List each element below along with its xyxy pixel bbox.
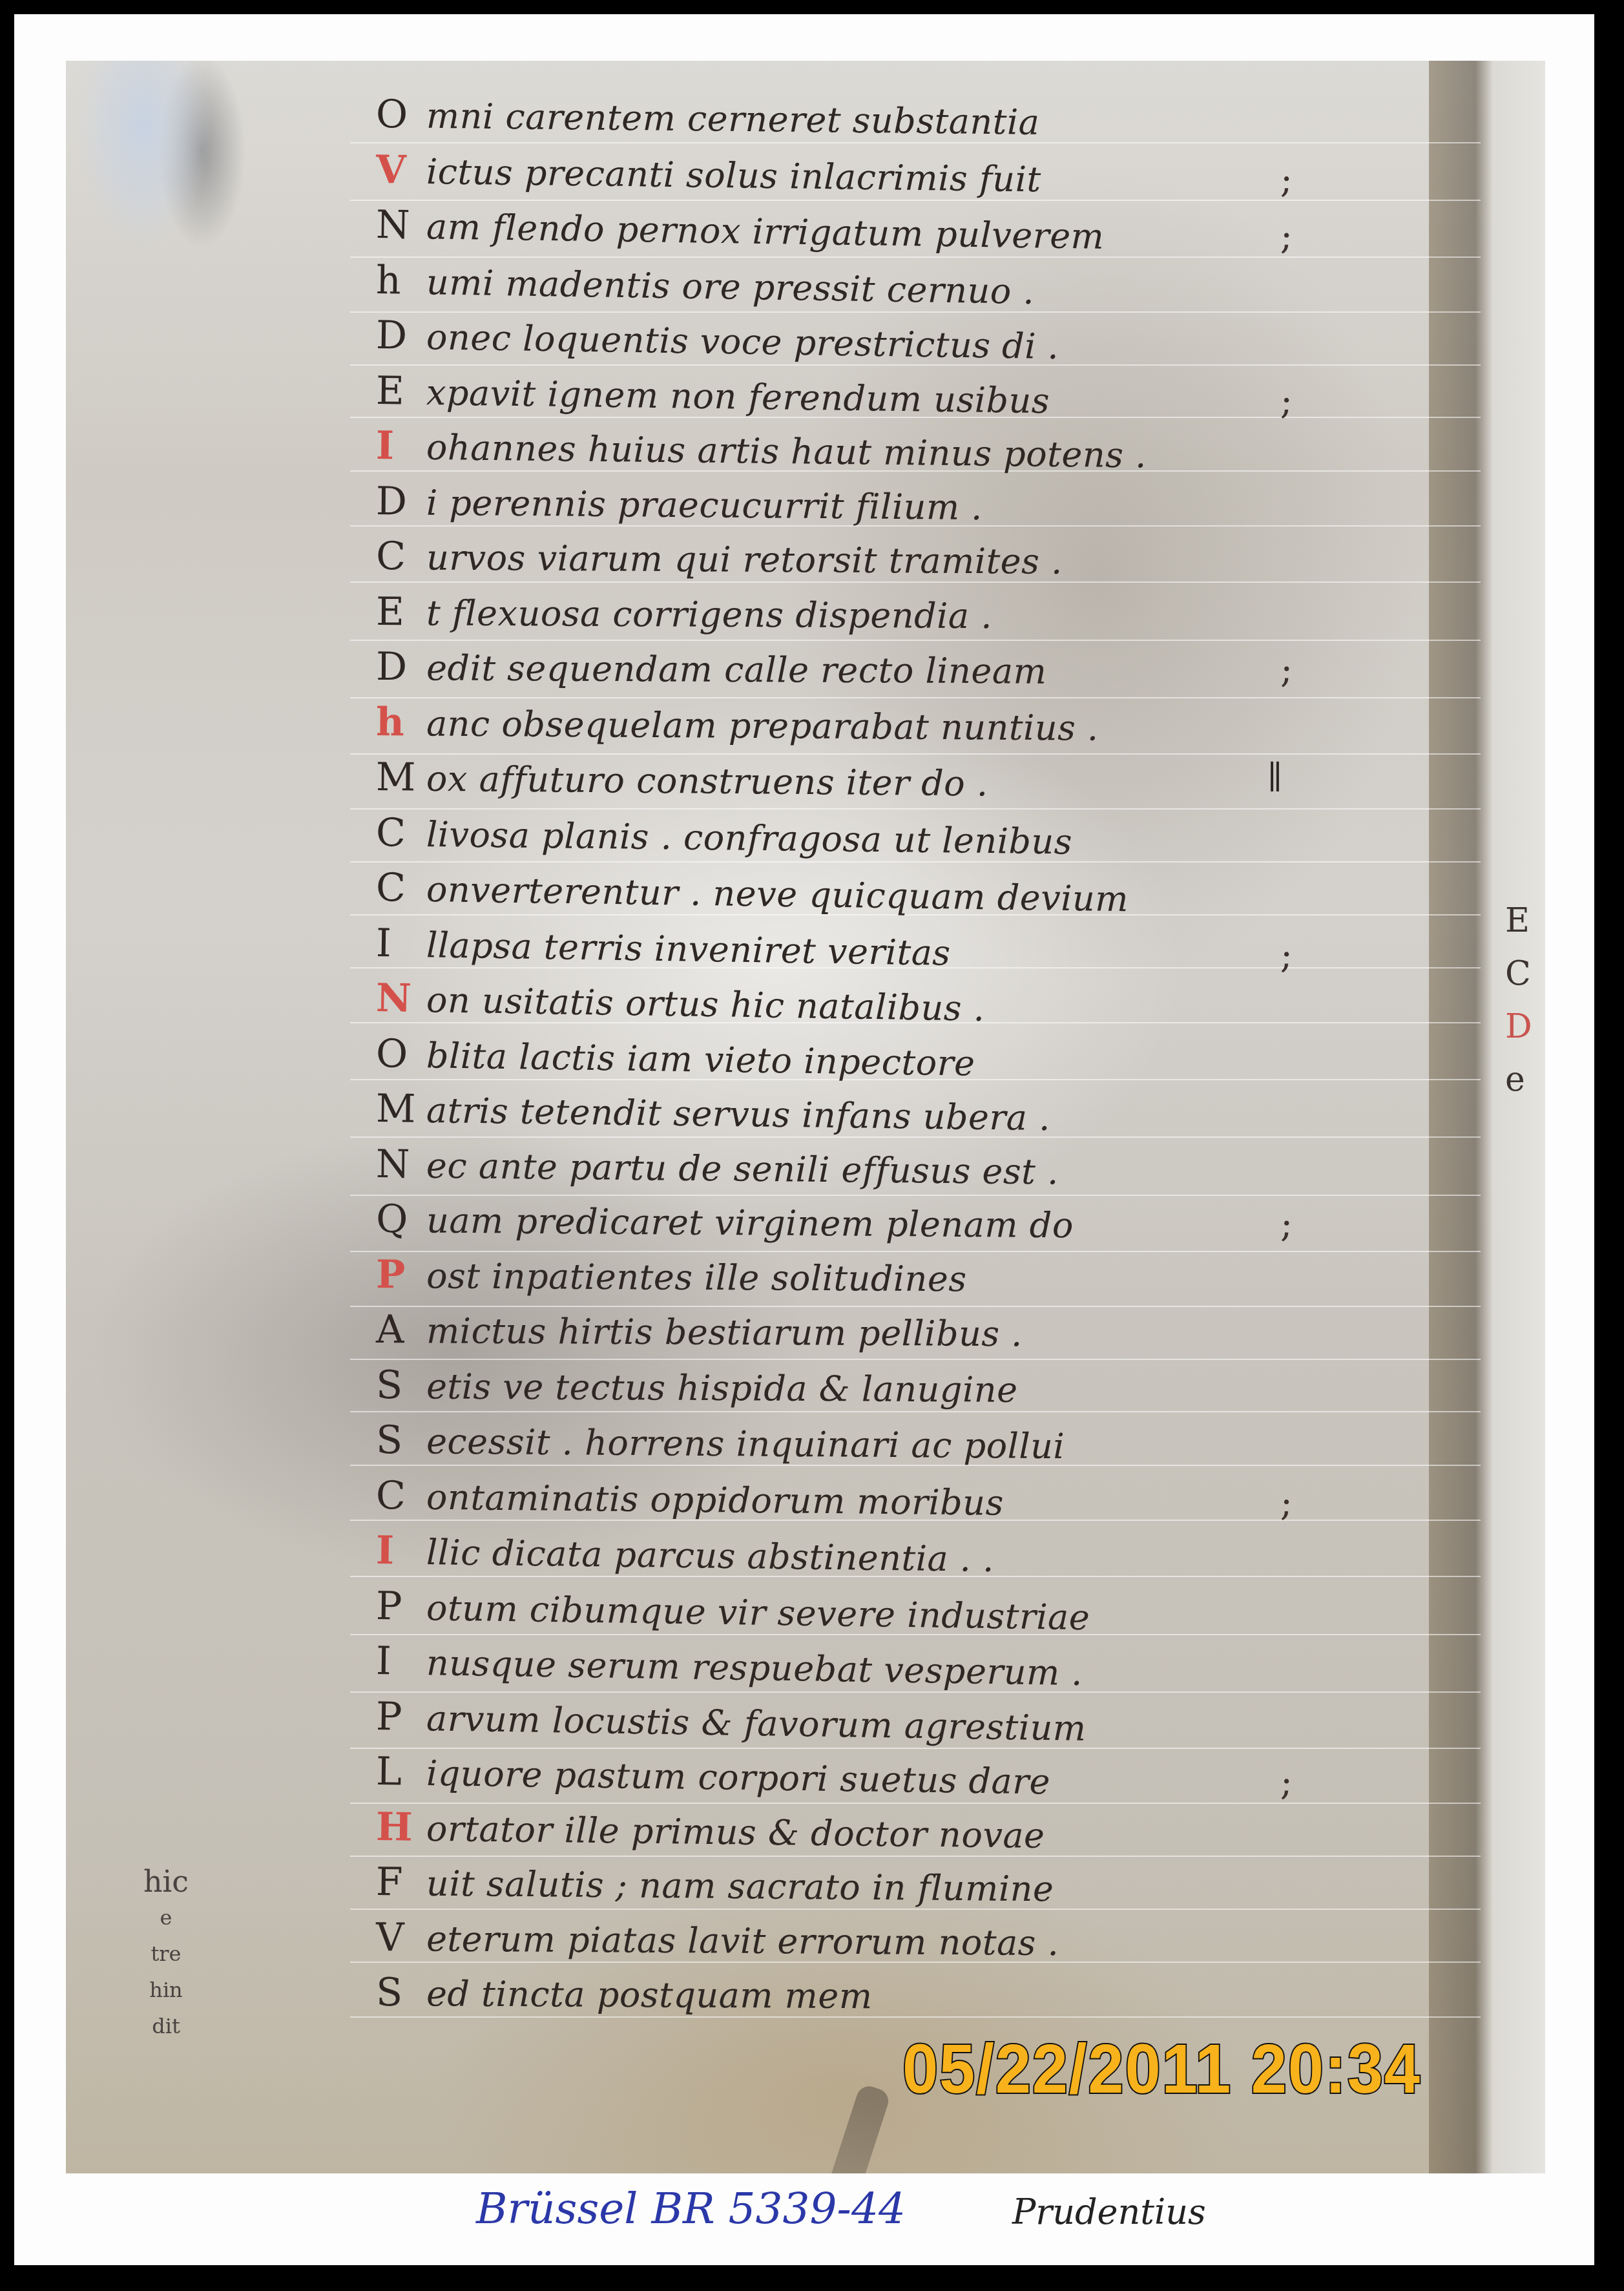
manuscript-line: Omni carentem cerneret substantia: [376, 92, 1040, 151]
margin-mark-right: ∥: [1267, 758, 1282, 796]
line-text: ortator ille primus & doctor novae: [426, 1808, 1045, 1856]
line-text: mictus hirtis bestiarum pellibus .: [426, 1310, 1023, 1354]
manuscript-photo: E C D e Omni carentem cerneret substanti…: [66, 61, 1545, 2173]
line-initial: N: [376, 1142, 427, 1187]
line-text: livosa planis . confragosa ut lenibus: [426, 813, 1073, 862]
manuscript-line: Iohannes huius artis haut minus potens .: [376, 423, 1147, 483]
line-initial: P: [376, 1584, 427, 1629]
rubricated-initial: V: [376, 147, 427, 193]
manuscript-line: Inusque serum respuebat vesperum .: [375, 1638, 1083, 1701]
manuscript-line: hanc obsequelam preparabat nuntius .: [376, 700, 1099, 757]
library-shelfmark: Brüssel BR 5339-44: [476, 2184, 906, 2233]
line-text: anc obsequelam preparabat nuntius .: [426, 703, 1099, 748]
line-initial: M: [376, 1086, 427, 1132]
line-text: ost inpatientes ille solitudines: [426, 1255, 967, 1299]
manuscript-line: Contaminatis oppidorum moribus;: [376, 1473, 1005, 1531]
parchment-stain: [797, 2083, 891, 2173]
rubricated-initial: I: [376, 423, 427, 469]
line-end-punctuation: ;: [1280, 1761, 1293, 1803]
line-initial: V: [376, 1915, 426, 1961]
manuscript-line: Di perennis praecucurrit filium .: [376, 479, 983, 536]
line-initial: N: [376, 202, 427, 248]
line-initial: D: [376, 479, 427, 525]
line-text: uit salutis ; nam sacrato in flumine: [426, 1863, 1054, 1910]
line-end-punctuation: ;: [1280, 216, 1293, 258]
manuscript-line: Non usitatis ortus hic natalibus .: [375, 976, 985, 1037]
manuscript-line: Fuit salutis ; nam sacrato in flumine: [376, 1859, 1054, 1917]
line-text: ictus precanti solus inlacrimis fuit: [426, 151, 1041, 200]
manuscript-line: Illic dicata parcus abstinentia . .: [375, 1528, 994, 1587]
line-end-punctuation: ;: [1280, 381, 1293, 423]
rubricated-initial: I: [376, 1528, 427, 1574]
line-end-punctuation: ;: [1280, 159, 1293, 201]
line-text: atris tetendit servus infans ubera .: [426, 1090, 1051, 1138]
manuscript-line: Quam predicaret virginem plenam do;: [376, 1197, 1074, 1253]
line-end-punctuation: ;: [1280, 934, 1293, 976]
line-text: llic dicata parcus abstinentia . .: [426, 1532, 995, 1580]
line-text: ec ante partu de senili effusus est .: [426, 1145, 1059, 1192]
manuscript-line: Veterum piatas lavit errorum notas .: [376, 1915, 1059, 1971]
manuscript-line: Nam flendo pernox irrigatum pulverem;: [375, 202, 1104, 265]
manuscript-line: Matris tetendit servus infans ubera .: [375, 1086, 1050, 1146]
line-initial: M: [376, 755, 427, 800]
manuscript-line: Setis ve tectus hispida & lanugine: [376, 1363, 1018, 1418]
scan-caption: Brüssel BR 5339-44 Prudentius: [14, 2180, 1594, 2251]
line-text: i perennis praecucurrit filium .: [426, 482, 983, 527]
line-text: t flexuosa corrigens dispendia .: [426, 592, 992, 636]
line-initial: I: [376, 921, 427, 967]
manuscript-line: Et flexuosa corrigens dispendia .: [376, 589, 992, 644]
next-leaf-initial: E: [1505, 894, 1537, 947]
line-initial: O: [376, 1031, 427, 1077]
manuscript-line: Nec ante partu de senili effusus est .: [376, 1142, 1059, 1200]
manuscript-line: Sed tincta postquam mem: [376, 1970, 873, 2024]
manuscript-line: Amictus hirtis bestiarum pellibus .: [376, 1307, 1023, 1362]
line-initial: L: [376, 1749, 427, 1795]
line-text: blita lactis iam vieto inpectore: [426, 1035, 975, 1083]
line-text: umi madentis ore pressit cernuo .: [426, 262, 1035, 312]
line-text: urvos viarum qui retorsit tramites .: [426, 538, 1063, 582]
line-initial: F: [376, 1859, 427, 1905]
line-text: ecessit . horrens inquinari ac pollui: [426, 1421, 1065, 1467]
line-initial: E: [376, 368, 427, 414]
author-name: Prudentius: [1012, 2192, 1206, 2232]
line-text: on usitatis ortus hic natalibus .: [426, 979, 985, 1029]
rubricated-initial: H: [376, 1805, 427, 1850]
manuscript-line: Victus precanti solus inlacrimis fuit;: [375, 147, 1041, 207]
rubricated-initial: N: [376, 976, 427, 1021]
binding-cord: [66, 61, 279, 274]
manuscript-line: Expavit ignem non ferendum usibus;: [375, 368, 1050, 429]
next-leaf-initial: C: [1505, 947, 1537, 1000]
line-text: ox affuturo construens iter do .: [426, 758, 988, 804]
line-text: edit sequendam calle recto lineam: [426, 647, 1047, 691]
line-initial: E: [376, 589, 426, 634]
line-text: uam predicaret virginem plenam do: [426, 1200, 1074, 1246]
line-text: etis ve tectus hispida & lanugine: [426, 1366, 1018, 1410]
line-initial: S: [376, 1970, 426, 2015]
manuscript-line: Potum cibumque vir severe industriae: [375, 1584, 1090, 1646]
manuscript-line: Oblita lactis iam vieto inpectore: [375, 1031, 975, 1092]
line-initial: D: [376, 644, 426, 689]
line-text: ed tincta postquam mem: [426, 1973, 873, 2016]
line-initial: C: [376, 1473, 427, 1519]
margin-note-word: hic: [127, 1863, 205, 1899]
line-initial: P: [376, 1694, 427, 1740]
manuscript-line: humi madentis ore pressit cernuo .: [375, 258, 1034, 320]
margin-note-word: dit: [127, 2008, 205, 2044]
manuscript-line: Illapsa terris inveniret veritas;: [375, 921, 951, 981]
manuscript-line: Post inpatientes ille solitudines: [376, 1252, 967, 1307]
margin-note-word: hin: [127, 1972, 205, 2008]
manuscript-line: Curvos viarum qui retorsit tramites .: [376, 534, 1063, 590]
line-initial: C: [376, 534, 426, 580]
line-initial: A: [376, 1307, 426, 1352]
line-text: onverterentur . neve quicquam devium: [426, 869, 1129, 919]
line-text: mni carentem cerneret substantia: [426, 96, 1040, 143]
line-text: onec loquentis voce prestrictus di .: [426, 317, 1059, 367]
line-end-punctuation: ;: [1280, 649, 1293, 691]
margin-note-word: e: [127, 1899, 205, 1936]
line-text: llapsa terris inveniret veritas: [426, 925, 952, 973]
manuscript-line: Dedit sequendam calle recto lineam;: [376, 644, 1047, 700]
line-initial: C: [376, 810, 427, 856]
line-text: ohannes huius artis haut minus potens .: [426, 427, 1147, 476]
camera-timestamp: 05/22/2011 20:34: [902, 2028, 1421, 2109]
line-text: nusque serum respuebat vesperum .: [426, 1642, 1083, 1693]
manuscript-line: Clivosa planis . confragosa ut lenibus: [376, 810, 1073, 870]
line-initial: S: [376, 1363, 426, 1408]
line-text: otum cibumque vir severe industriae: [426, 1587, 1090, 1638]
line-text: ontaminatis oppidorum moribus: [426, 1476, 1004, 1523]
manuscript-line: Hortator ille primus & doctor novae: [376, 1805, 1045, 1864]
line-initial: D: [376, 313, 427, 359]
line-text: iquore pastum corpori suetus dare: [426, 1753, 1051, 1802]
line-initial: S: [376, 1417, 427, 1463]
line-text: xpavit ignem non ferendum usibus: [426, 372, 1050, 421]
manuscript-line: Mox affuturo construens iter do .: [376, 755, 988, 812]
margin-note-left: hic e tre hin dit: [127, 1863, 205, 2044]
line-text: arvum locustis & favorum agrestium: [426, 1698, 1087, 1749]
manuscript-line: Converterentur . neve quicquam devium: [375, 865, 1129, 927]
line-end-punctuation: ;: [1280, 1482, 1293, 1524]
next-leaf-initial-rubric: D: [1505, 1000, 1537, 1053]
rubricated-initial: h: [376, 700, 426, 746]
manuscript-line: Donec loquentis voce prestrictus di .: [375, 313, 1059, 375]
line-initial: Q: [376, 1197, 427, 1242]
line-initial: I: [376, 1638, 427, 1684]
manuscript-line: Liquore pastum corpori suetus dare;: [375, 1749, 1050, 1810]
manuscript-line: Parvum locustis & favorum agrestium: [375, 1694, 1087, 1757]
line-initial: O: [376, 92, 427, 138]
line-text: am flendo pernox irrigatum pulverem: [426, 206, 1105, 257]
scan-sheet: E C D e Omni carentem cerneret substanti…: [14, 14, 1594, 2265]
line-initial: C: [376, 865, 427, 911]
line-end-punctuation: ;: [1280, 1204, 1293, 1246]
margin-note-word: tre: [127, 1936, 205, 1972]
next-leaf-initials: E C D e: [1505, 894, 1537, 1106]
line-text: eterum piatas lavit errorum notas .: [426, 1918, 1059, 1963]
next-leaf-initial: e: [1505, 1053, 1537, 1106]
line-initial: h: [376, 258, 427, 304]
manuscript-line: Secessit . horrens inquinari ac pollui: [376, 1417, 1065, 1474]
rubricated-initial: P: [376, 1252, 426, 1297]
